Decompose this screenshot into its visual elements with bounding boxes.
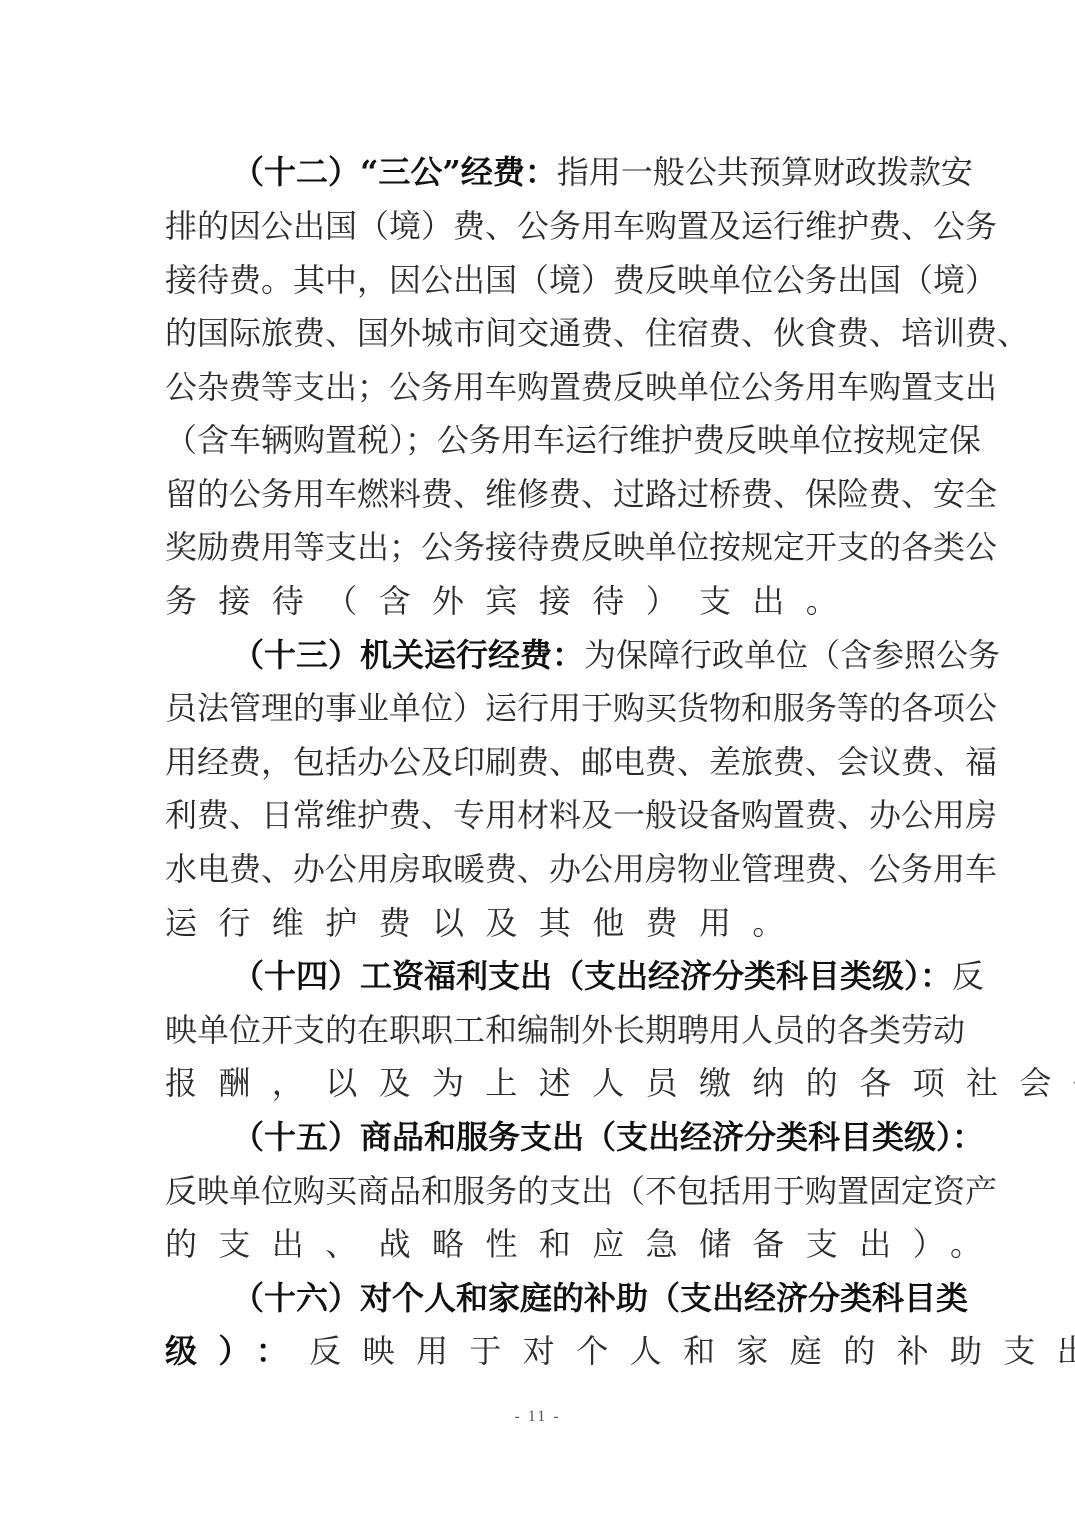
paragraph-text: 指用一般公共预算财政拨款安: [557, 153, 973, 191]
paragraph-text: 留的公务用车燃料费、维修费、过路过桥费、保险费、安全: [165, 475, 997, 513]
document-page: （十二）“三公”经费：指用一般公共预算财政拨款安排的因公出国（境）费、公务用车购…: [0, 0, 1075, 1520]
paragraph-text: 接待费。其中，因公出国（境）费反映单位公务出国（境）: [165, 261, 997, 299]
page-number: - 11 -: [0, 1408, 1075, 1426]
paragraph-text: 报酬，以及为上述人员缴纳的各项社会保险费等。: [165, 1064, 1075, 1102]
text-line: 留的公务用车燃料费、维修费、过路过桥费、保险费、安全: [165, 474, 915, 514]
text-line: 奖励费用等支出；公务接待费反映单位按规定开支的各类公: [165, 527, 915, 567]
text-line: 的国际旅费、国外城市间交通费、住宿费、伙食费、培训费、: [165, 313, 915, 353]
text-line: 员法管理的事业单位）运行用于购买货物和服务等的各项公: [165, 688, 915, 728]
text-line: （含车辆购置税）；公务用车运行维护费反映单位按规定保: [165, 420, 915, 460]
text-line: 级）：反映用于对个人和家庭的补助支出。: [165, 1331, 915, 1371]
paragraph-text: 公杂费等支出；公务用车购置费反映单位公务用车购置支出: [165, 368, 997, 406]
text-line: 的支出、战略性和应急储备支出）。: [165, 1224, 915, 1264]
text-line: 报酬，以及为上述人员缴纳的各项社会保险费等。: [165, 1063, 915, 1103]
paragraph-text: 为保障行政单位（含参照公务: [584, 636, 1000, 674]
text-line: 用经费，包括办公及印刷费、邮电费、差旅费、会议费、福: [165, 742, 915, 782]
paragraph-text: 反: [952, 957, 984, 995]
text-line: 水电费、办公用房取暖费、办公用房物业管理费、公务用车: [165, 849, 915, 889]
section-heading: （十五）商品和服务支出（支出经济分类科目类级）：: [232, 1118, 984, 1156]
paragraph-text: 映单位开支的在职职工和编制外长期聘用人员的各类劳动: [165, 1011, 965, 1049]
section-heading: （十六）对个人和家庭的补助（支出经济分类科目类: [232, 1279, 968, 1317]
text-line: （十四）工资福利支出（支出经济分类科目类级）：反: [232, 956, 982, 996]
paragraph-text: 水电费、办公用房取暖费、办公用房物业管理费、公务用车: [165, 850, 997, 888]
paragraph-text: 务接待（含外宾接待）支出。: [165, 582, 859, 620]
paragraph-text: 员法管理的事业单位）运行用于购买货物和服务等的各项公: [165, 689, 997, 727]
text-line: 务接待（含外宾接待）支出。: [165, 581, 915, 621]
text-line: 运行维护费以及其他费用。: [165, 903, 915, 943]
text-line: 映单位开支的在职职工和编制外长期聘用人员的各类劳动: [165, 1010, 915, 1050]
paragraph-text: 运行维护费以及其他费用。: [165, 904, 806, 942]
text-line: （十五）商品和服务支出（支出经济分类科目类级）：: [232, 1117, 982, 1157]
paragraph-text: 用经费，包括办公及印刷费、邮电费、差旅费、会议费、福: [165, 743, 997, 781]
text-line: 利费、日常维护费、专用材料及一般设备购置费、办公用房: [165, 795, 915, 835]
text-line: （十二）“三公”经费：指用一般公共预算财政拨款安: [232, 152, 982, 192]
section-heading: 级）：: [165, 1332, 309, 1370]
paragraph-text: 反映用于对个人和家庭的补助支出。: [309, 1332, 1075, 1370]
text-line: （十三）机关运行经费：为保障行政单位（含参照公务: [232, 635, 982, 675]
paragraph-text: 奖励费用等支出；公务接待费反映单位按规定开支的各类公: [165, 528, 997, 566]
text-line: （十六）对个人和家庭的补助（支出经济分类科目类: [232, 1278, 982, 1318]
paragraph-text: （含车辆购置税）；公务用车运行维护费反映单位按规定保: [165, 421, 981, 459]
text-line: 排的因公出国（境）费、公务用车购置及运行维护费、公务: [165, 206, 915, 246]
section-heading: （十二）“三公”经费：: [232, 153, 557, 191]
section-heading: （十四）工资福利支出（支出经济分类科目类级）：: [232, 957, 952, 995]
text-line: 反映单位购买商品和服务的支出（不包括用于购置固定资产: [165, 1171, 915, 1211]
paragraph-text: 利费、日常维护费、专用材料及一般设备购置费、办公用房: [165, 796, 997, 834]
text-line: 公杂费等支出；公务用车购置费反映单位公务用车购置支出: [165, 367, 915, 407]
paragraph-text: 反映单位购买商品和服务的支出（不包括用于购置固定资产: [165, 1172, 997, 1210]
paragraph-text: 的国际旅费、国外城市间交通费、住宿费、伙食费、培训费、: [165, 314, 1029, 352]
section-heading: （十三）机关运行经费：: [232, 636, 584, 674]
paragraph-text: 排的因公出国（境）费、公务用车购置及运行维护费、公务: [165, 207, 997, 245]
paragraph-text: 的支出、战略性和应急储备支出）。: [165, 1225, 1003, 1263]
text-line: 接待费。其中，因公出国（境）费反映单位公务出国（境）: [165, 260, 915, 300]
